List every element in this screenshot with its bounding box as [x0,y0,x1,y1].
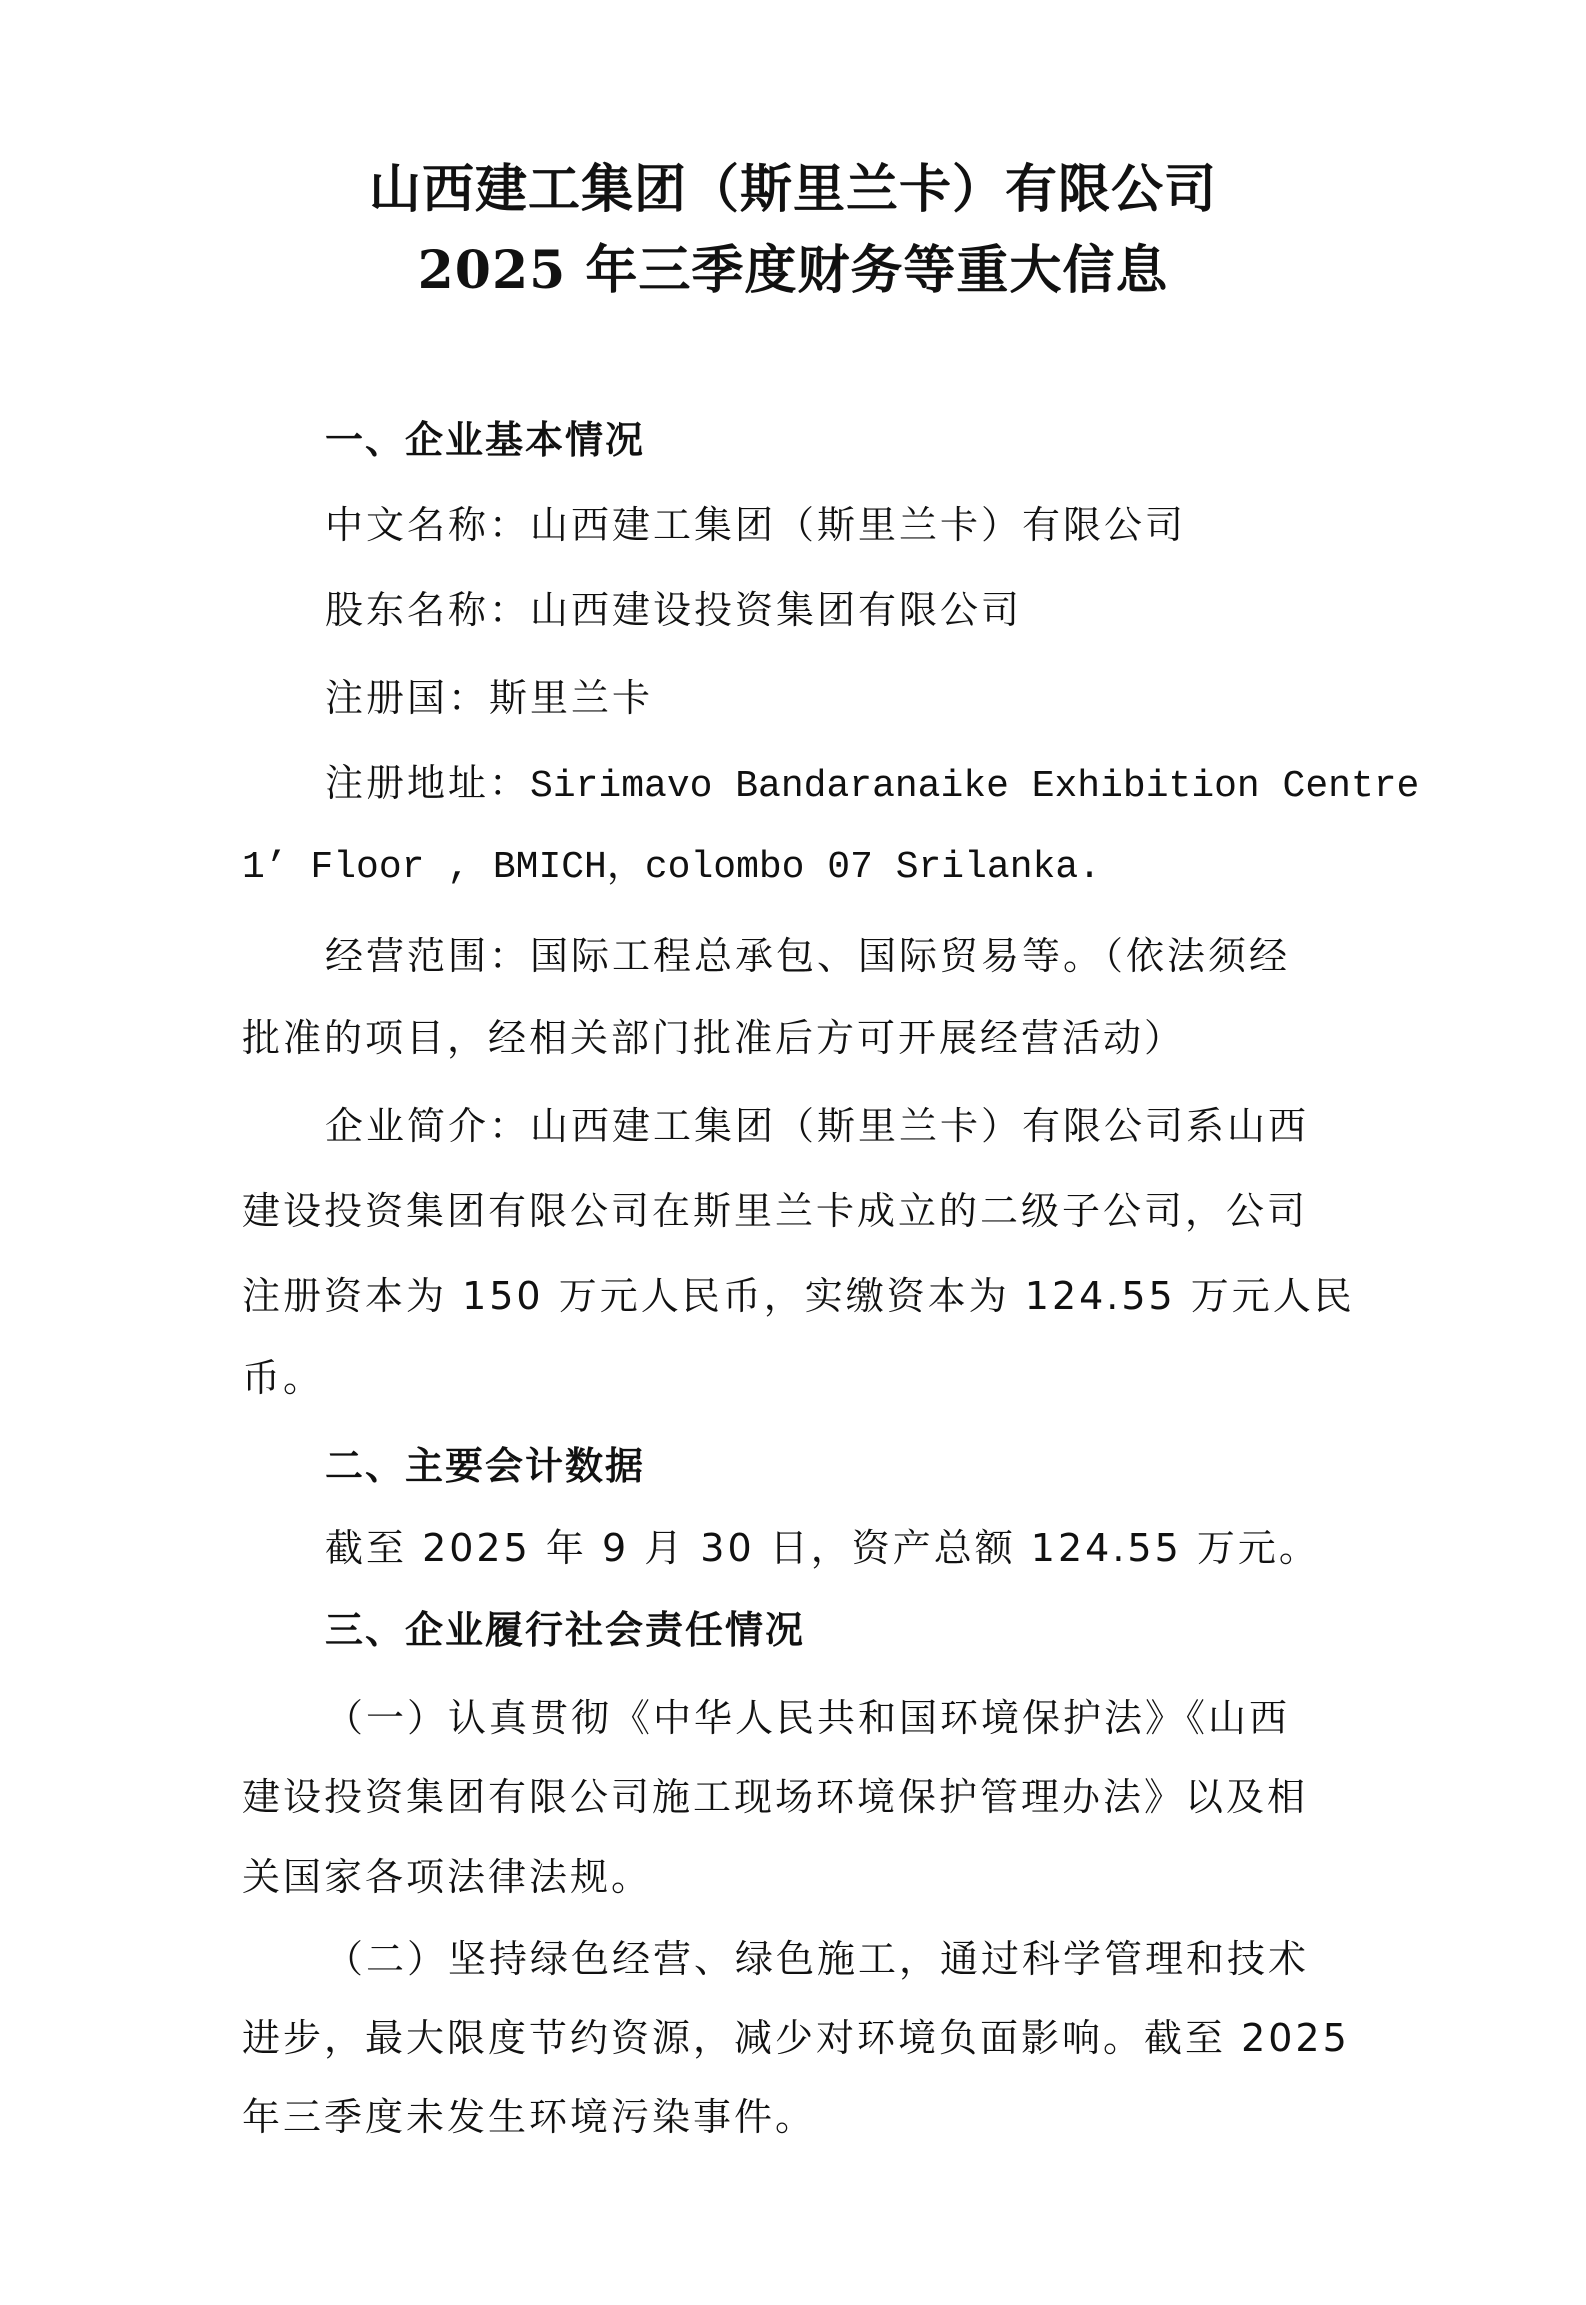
registration-country: 注册国：斯里兰卡 [325,673,1425,723]
paragraph-2-line-3: 年三季度未发生环境污染事件。 [242,2092,1342,2142]
company-intro-line-3: 注册资本为 150 万元人民币，实缴资本为 124.55 万元人民 [242,1271,1342,1321]
total-assets-statement: 截至 2025 年 9 月 30 日，资产总额 124.55 万元。 [325,1523,1425,1573]
registered-address: 注册地址：Sirimavo Bandaranaike Exhibition Ce… [325,758,1425,812]
paragraph-1-line-2: 建设投资集团有限公司施工现场环境保护管理办法》以及相 [242,1772,1342,1822]
address-line-2: 1’ Floor , BMICH，colombo 07 Srilanka. [242,843,1342,893]
paragraph-1-line-1: （一）认真贯彻《中华人民共和国环境保护法》《山西 [325,1693,1425,1743]
title-line-2: 2025 年三季度财务等重大信息 [0,241,1586,301]
address-label: 注册地址： [325,761,530,805]
title-line-1: 山西建工集团（斯里兰卡）有限公司 [0,160,1586,220]
business-scope-line-1: 经营范围：国际工程总承包、国际贸易等。（依法须经 [325,931,1425,981]
paragraph-2-line-1: （二）坚持绿色经营、绿色施工，通过科学管理和技术 [325,1934,1425,1984]
paragraph-1-line-3: 关国家各项法律法规。 [242,1852,1342,1902]
business-scope-line-2: 批准的项目，经相关部门批准后方可开展经营活动） [242,1013,1342,1063]
address-line-1: Sirimavo Bandaranaike Exhibition Centre [530,765,1419,808]
chinese-name: 中文名称：山西建工集团（斯里兰卡）有限公司 [325,500,1425,550]
paragraph-2-line-2: 进步，最大限度节约资源，减少对环境负面影响。截至 2025 [242,2013,1342,2063]
company-intro-line-4: 币。 [242,1353,1342,1403]
section-heading: 二、主要会计数据 [325,1441,1425,1491]
section-heading: 三、企业履行社会责任情况 [325,1605,1425,1655]
section-heading: 一、企业基本情况 [325,415,1425,465]
company-intro-line-2: 建设投资集团有限公司在斯里兰卡成立的二级子公司，公司 [242,1186,1342,1236]
shareholder-name: 股东名称：山西建设投资集团有限公司 [325,585,1425,635]
company-intro-line-1: 企业简介：山西建工集团（斯里兰卡）有限公司系山西 [325,1101,1425,1151]
